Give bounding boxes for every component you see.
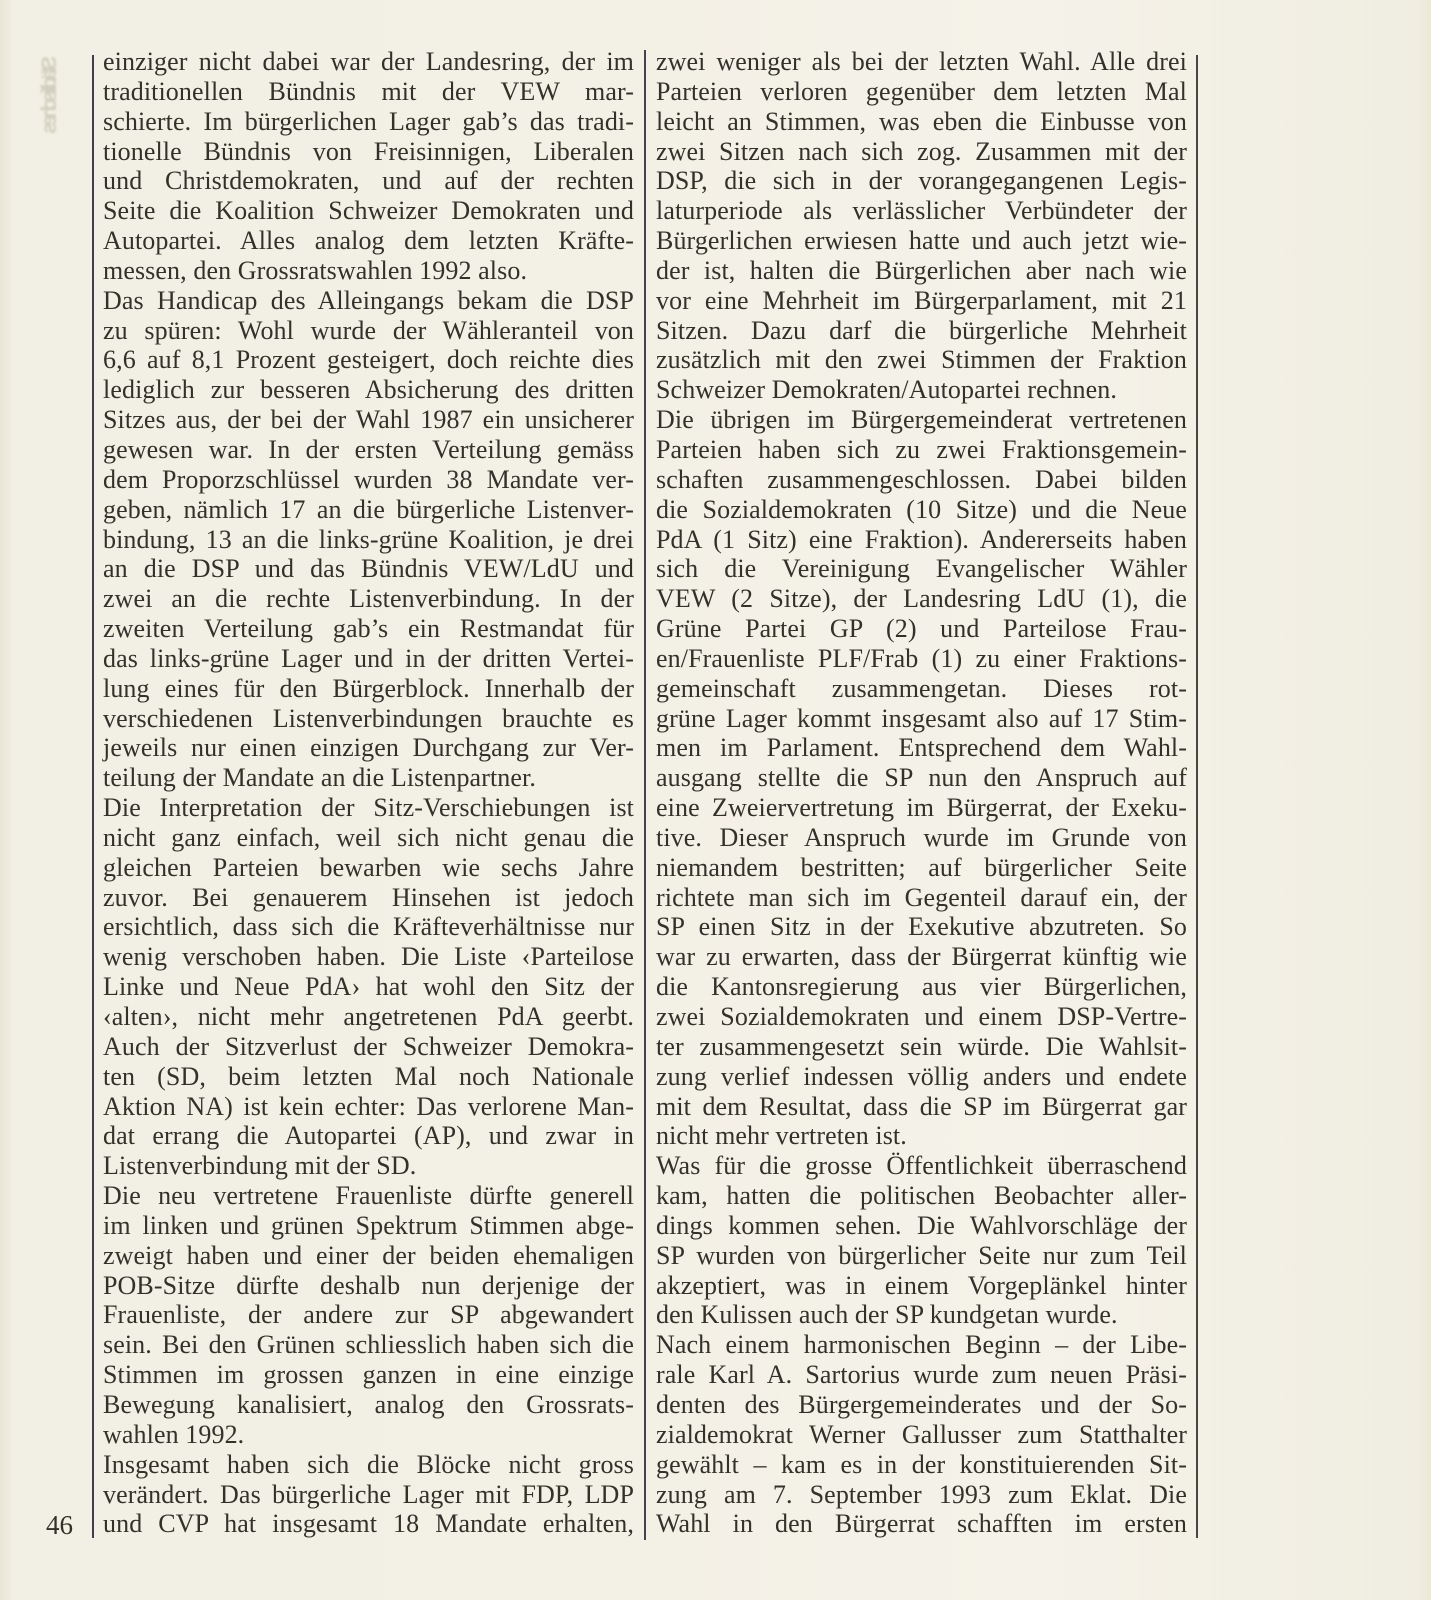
- text-line: zwei weniger als bei der letzten Wahl. A…: [656, 47, 1187, 77]
- text-line: sich die Vereinigung Evangelischer Wähle…: [656, 554, 1187, 584]
- text-line: kam, hatten die politischen Beobachter a…: [656, 1181, 1187, 1211]
- text-line: gleichen Parteien bewarben wie sechs Jah…: [103, 853, 634, 883]
- text-line: dem Proporzschlüssel wurden 38 Mandate v…: [103, 465, 634, 495]
- text-line: PdA (1 Sitz) eine Fraktion). Andererseit…: [656, 525, 1187, 555]
- text-line: Seite die Koalition Schweizer Demokraten…: [103, 196, 634, 226]
- text-line: dat errang die Autopartei (AP), und zwar…: [103, 1121, 634, 1151]
- text-line: Sitzes aus, der bei der Wahl 1987 ein un…: [103, 405, 634, 435]
- page-number: 46: [46, 1510, 73, 1541]
- text-line: Die Interpretation der Sitz-Verschiebung…: [103, 793, 634, 823]
- text-line: vor eine Mehrheit im Bürgerparlament, mi…: [656, 286, 1187, 316]
- text-line: verschiedenen Listenverbindungen braucht…: [103, 704, 634, 734]
- text-line: Sitzen. Dazu darf die bürgerliche Mehrhe…: [656, 316, 1187, 346]
- left-margin-rule: [92, 55, 94, 1538]
- text-line: gewählt – kam es in der konstituierenden…: [656, 1450, 1187, 1480]
- scanned-page: Städtisches einziger nicht dabei war der…: [0, 0, 1431, 1600]
- text-line: teilung der Mandate an die Listenpartner…: [103, 763, 634, 793]
- text-line: zwei Sitzen nach sich zog. Zusammen mit …: [656, 137, 1187, 167]
- text-line: verändert. Das bürgerliche Lager mit FDP…: [103, 1480, 634, 1510]
- text-line: geben, nämlich 17 an die bürgerliche Lis…: [103, 495, 634, 525]
- text-line: zialdemokrat Werner Gallusser zum Statth…: [656, 1420, 1187, 1450]
- text-line: war zu erwarten, dass der Bürgerrat künf…: [656, 942, 1187, 972]
- text-line: Schweizer Demokraten/Autopartei rechnen.: [656, 375, 1187, 405]
- text-line: im linken und grünen Spektrum Stimmen ab…: [103, 1211, 634, 1241]
- text-line: zweigt haben und einer der beiden ehemal…: [103, 1241, 634, 1271]
- text-line: traditionellen Bündnis mit der VEW mar-: [103, 77, 634, 107]
- text-line: das links-grüne Lager und in der dritten…: [103, 644, 634, 674]
- text-line: Nach einem harmonischen Beginn – der Lib…: [656, 1330, 1187, 1360]
- text-line: SP wurden von bürgerlicher Seite nur zum…: [656, 1241, 1187, 1271]
- text-line: richtete man sich im Gegenteil darauf ei…: [656, 883, 1187, 913]
- right-margin-rule: [1196, 55, 1198, 1538]
- text-line: Parteien verloren gegenüber dem letzten …: [656, 77, 1187, 107]
- text-line: tionelle Bündnis von Freisinnigen, Liber…: [103, 137, 634, 167]
- text-line: nicht ganz einfach, weil sich nicht gena…: [103, 823, 634, 853]
- text-line: Autopartei. Alles analog dem letzten Krä…: [103, 226, 634, 256]
- text-line: zu spüren: Wohl wurde der Wähleranteil v…: [103, 316, 634, 346]
- text-line: zwei an die rechte Listenverbindung. In …: [103, 584, 634, 614]
- text-line: Das Handicap des Alleingangs bekam die D…: [103, 286, 634, 316]
- text-line: Listenverbindung mit der SD.: [103, 1151, 634, 1181]
- text-line: nicht mehr vertreten ist.: [656, 1121, 1187, 1151]
- text-line: DSP, die sich in der vorangegangenen Leg…: [656, 166, 1187, 196]
- text-line: messen, den Grossratswahlen 1992 also.: [103, 256, 634, 286]
- text-line: ausgang stellte die SP nun den Anspruch …: [656, 763, 1187, 793]
- text-line: wenig verschoben haben. Die Liste ‹Parte…: [103, 942, 634, 972]
- text-line: eine Zweiervertretung im Bürgerrat, der …: [656, 793, 1187, 823]
- text-line: Wahl in den Bürgerrat schafften im erste…: [656, 1509, 1187, 1539]
- text-line: Bewegung kanalisiert, analog den Grossra…: [103, 1390, 634, 1420]
- text-line: dings kommen sehen. Die Wahlvorschläge d…: [656, 1211, 1187, 1241]
- text-column-right: zwei weniger als bei der letzten Wahl. A…: [656, 47, 1187, 1539]
- text-line: Auch der Sitzverlust der Schweizer Demok…: [103, 1032, 634, 1062]
- text-line: Was für die grosse Öffentlichkeit überra…: [656, 1151, 1187, 1181]
- text-line: en/Frauenliste PLF/Frab (1) zu einer Fra…: [656, 644, 1187, 674]
- text-line: lediglich zur besseren Absicherung des d…: [103, 375, 634, 405]
- text-line: und CVP hat insgesamt 18 Mandate erhalte…: [103, 1509, 634, 1539]
- text-line: gemeinschaft zusammengetan. Dieses rot-: [656, 674, 1187, 704]
- text-line: ten (SD, beim letzten Mal noch Nationale: [103, 1062, 634, 1092]
- text-line: schaften zusammengeschlossen. Dabei bild…: [656, 465, 1187, 495]
- text-line: akzeptiert, was in einem Vorgeplänkel hi…: [656, 1271, 1187, 1301]
- text-line: einziger nicht dabei war der Landesring,…: [103, 47, 634, 77]
- text-line: schierte. Im bürgerlichen Lager gab’s da…: [103, 107, 634, 137]
- text-line: niemandem bestritten; auf bürgerlicher S…: [656, 853, 1187, 883]
- text-line: Grüne Partei GP (2) und Parteilose Frau-: [656, 614, 1187, 644]
- text-line: die Sozialdemokraten (10 Sitze) und die …: [656, 495, 1187, 525]
- text-line: denten des Bürgergemeinderates und der S…: [656, 1390, 1187, 1420]
- text-line: die Kantonsregierung aus vier Bürgerlich…: [656, 972, 1187, 1002]
- text-line: zung verlief indessen völlig anders und …: [656, 1062, 1187, 1092]
- text-column-left: einziger nicht dabei war der Landesring,…: [103, 47, 634, 1539]
- text-line: Parteien haben sich zu zwei Fraktionsgem…: [656, 435, 1187, 465]
- margin-ghost-showthrough-text: Städtisches: [38, 56, 62, 130]
- text-line: POB-Sitze dürfte deshalb nun derjenige d…: [103, 1271, 634, 1301]
- text-line: zung am 7. September 1993 zum Eklat. Die: [656, 1480, 1187, 1510]
- text-line: grüne Lager kommt insgesamt also auf 17 …: [656, 704, 1187, 734]
- text-line: mit dem Resultat, dass die SP im Bürgerr…: [656, 1092, 1187, 1122]
- text-line: men im Parlament. Entsprechend dem Wahl-: [656, 733, 1187, 763]
- text-line: Die übrigen im Bürgergemeinderat vertret…: [656, 405, 1187, 435]
- text-line: an die DSP und das Bündnis VEW/LdU und: [103, 554, 634, 584]
- text-line: tive. Dieser Anspruch wurde im Grunde vo…: [656, 823, 1187, 853]
- text-line: laturperiode als verlässlicher Verbündet…: [656, 196, 1187, 226]
- text-line: und Christdemokraten, und auf der rechte…: [103, 166, 634, 196]
- text-line: SP einen Sitz in der Exekutive abzutrete…: [656, 912, 1187, 942]
- text-line: rale Karl A. Sartorius wurde zum neuen P…: [656, 1360, 1187, 1390]
- text-line: zuvor. Bei genauerem Hinsehen ist jedoch: [103, 883, 634, 913]
- text-line: wahlen 1992.: [103, 1420, 634, 1450]
- column-divider-rule: [644, 50, 646, 1540]
- text-line: Insgesamt haben sich die Blöcke nicht gr…: [103, 1450, 634, 1480]
- text-line: Aktion NA) ist kein echter: Das verloren…: [103, 1092, 634, 1122]
- text-line: Bürgerlichen erwiesen hatte und auch jet…: [656, 226, 1187, 256]
- text-line: Linke und Neue PdA› hat wohl den Sitz de…: [103, 972, 634, 1002]
- text-line: bindung, 13 an die links-grüne Koalition…: [103, 525, 634, 555]
- text-line: ‹alten›, nicht mehr angetretenen PdA gee…: [103, 1002, 634, 1032]
- text-line: ter zusammengesetzt sein würde. Die Wahl…: [656, 1032, 1187, 1062]
- text-line: zwei Sozialdemokraten und einem DSP-Vert…: [656, 1002, 1187, 1032]
- text-line: jeweils nur einen einzigen Durchgang zur…: [103, 733, 634, 763]
- text-line: leicht an Stimmen, was eben die Einbusse…: [656, 107, 1187, 137]
- text-line: den Kulissen auch der SP kundgetan wurde…: [656, 1300, 1187, 1330]
- text-line: sein. Bei den Grünen schliesslich haben …: [103, 1330, 634, 1360]
- text-line: ersichtlich, dass sich die Kräfteverhält…: [103, 912, 634, 942]
- text-line: gewesen war. In der ersten Verteilung ge…: [103, 435, 634, 465]
- text-line: zweiten Verteilung gab’s ein Restmandat …: [103, 614, 634, 644]
- text-line: lung eines für den Bürgerblock. Innerhal…: [103, 674, 634, 704]
- text-line: Die neu vertretene Frauenliste dürfte ge…: [103, 1181, 634, 1211]
- text-line: Frauenliste, der andere zur SP abgewande…: [103, 1300, 634, 1330]
- text-line: der ist, halten die Bürgerlichen aber na…: [656, 256, 1187, 286]
- text-line: 6,6 auf 8,1 Prozent gesteigert, doch rei…: [103, 345, 634, 375]
- text-line: zusätzlich mit den zwei Stimmen der Frak…: [656, 345, 1187, 375]
- text-line: VEW (2 Sitze), der Landesring LdU (1), d…: [656, 584, 1187, 614]
- text-line: Stimmen im grossen ganzen in eine einzig…: [103, 1360, 634, 1390]
